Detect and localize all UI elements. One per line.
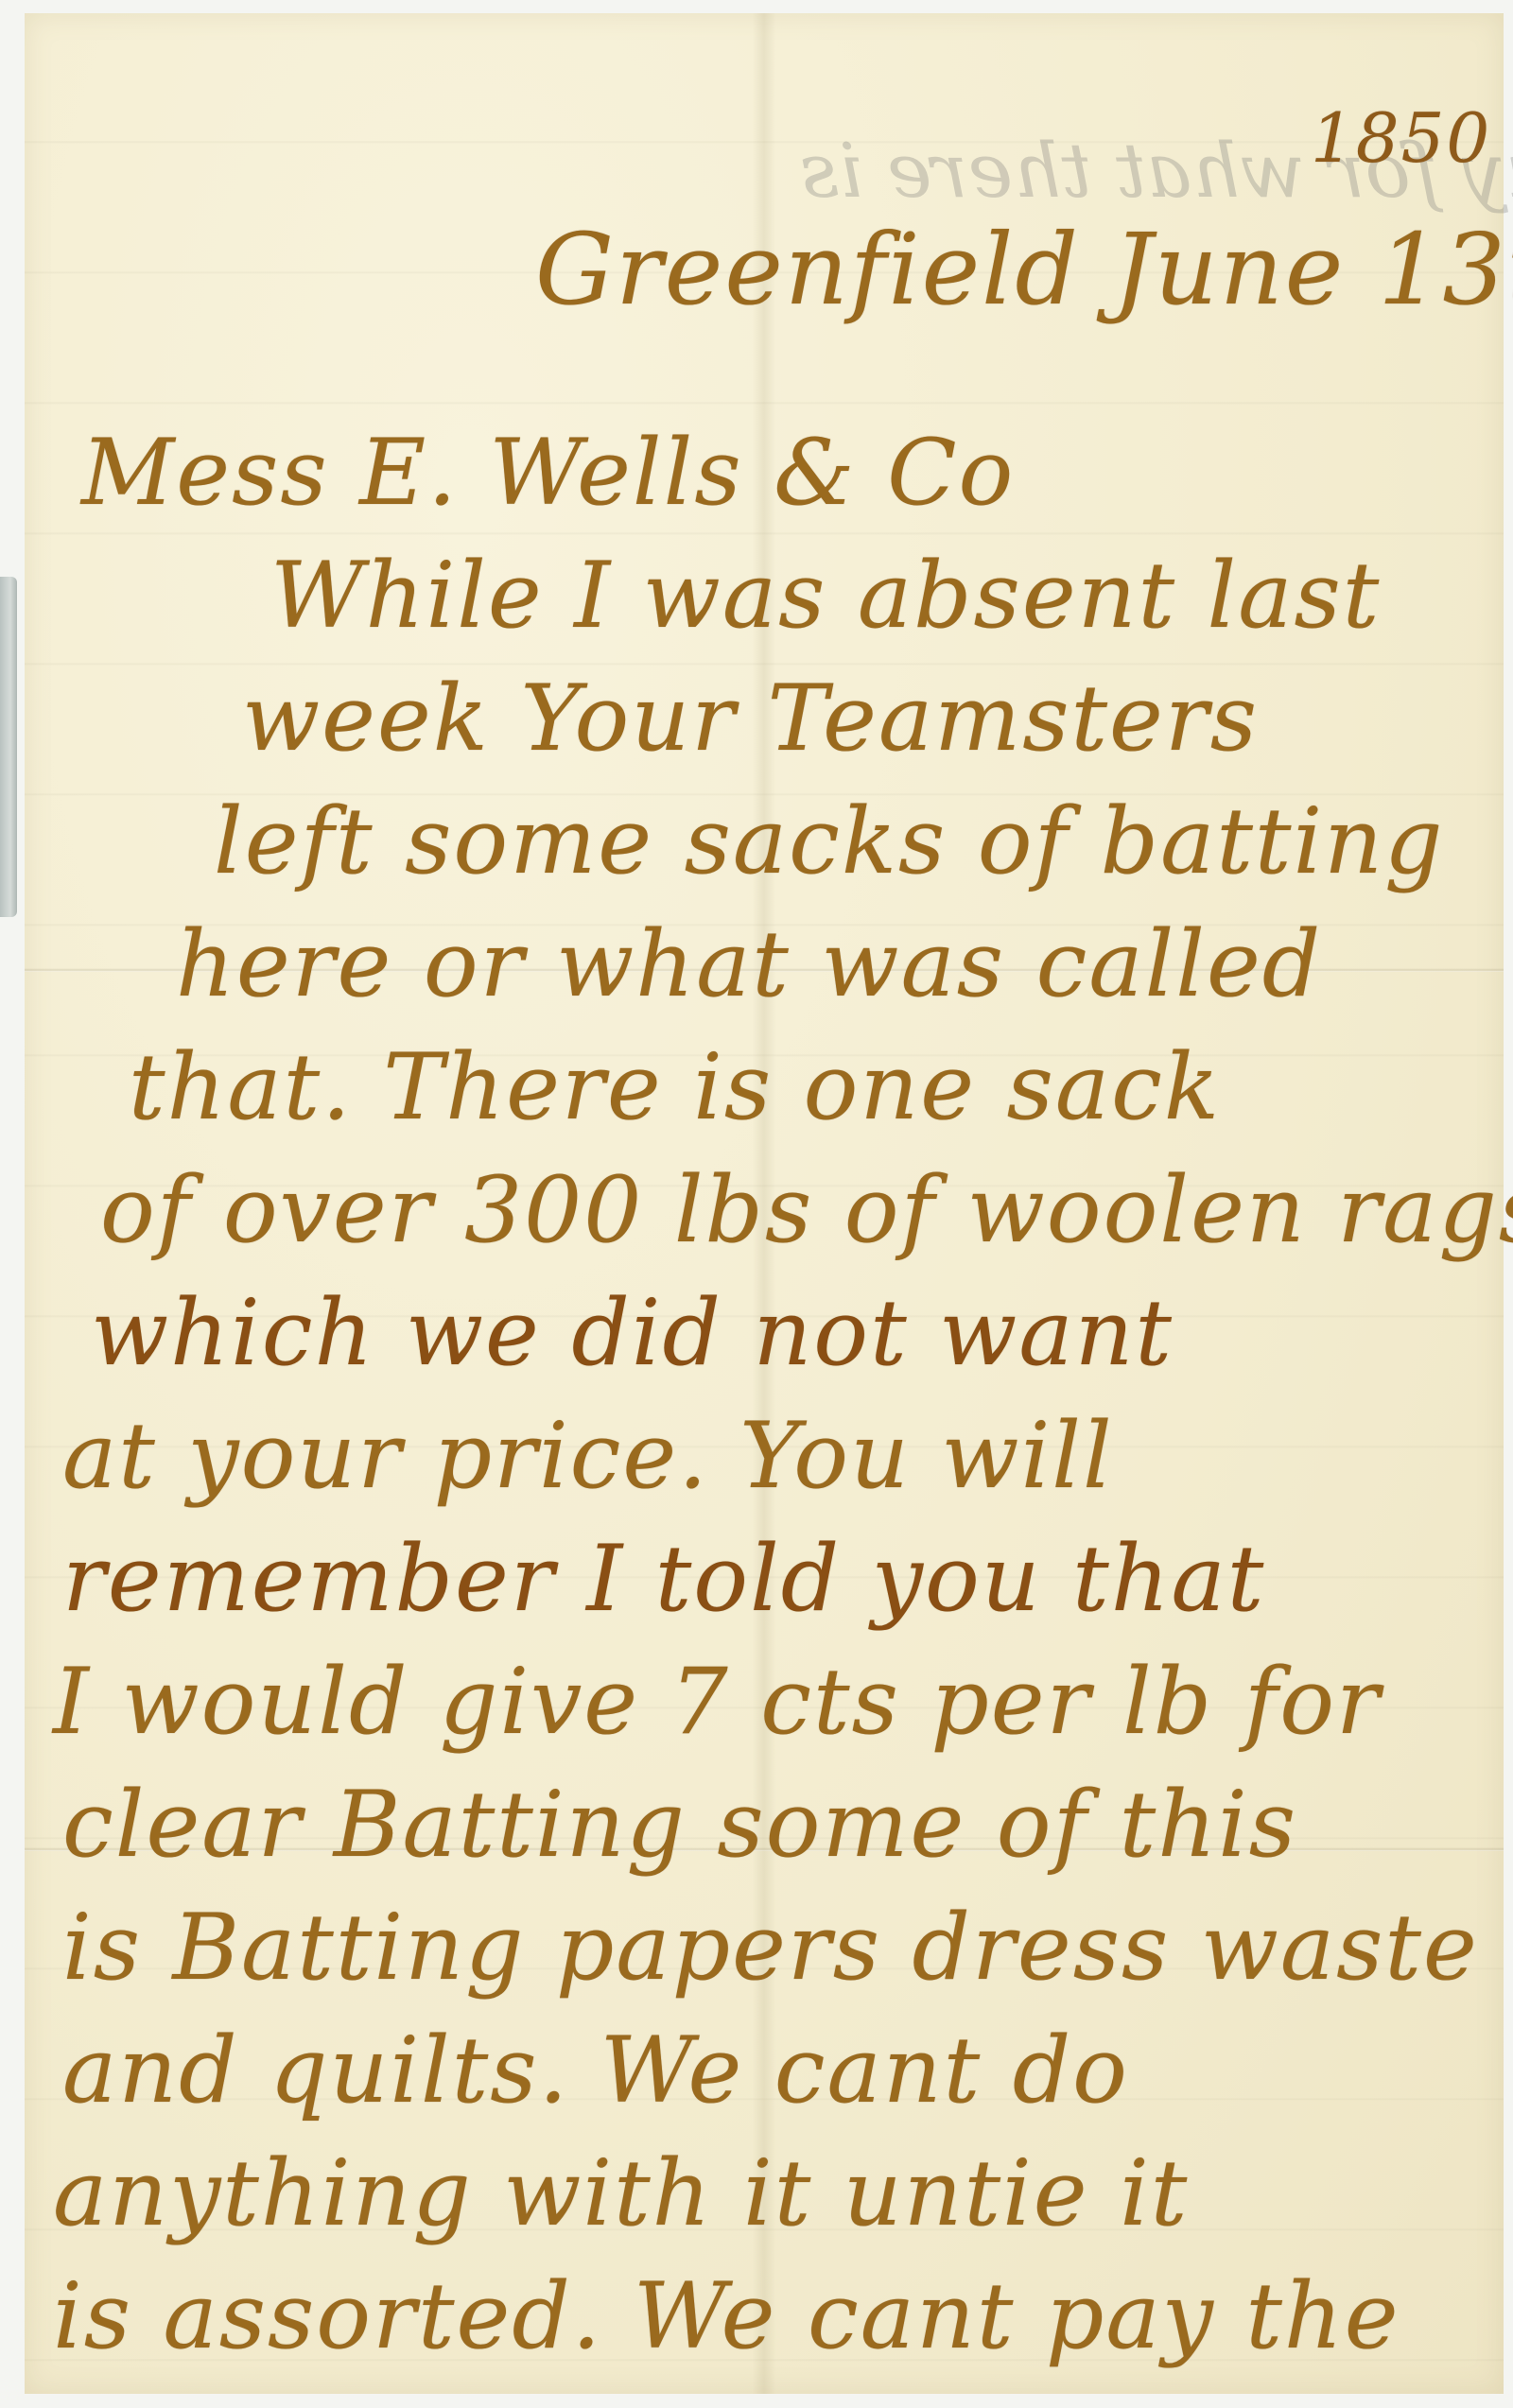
letter-line: at your price. You will — [62, 1403, 1114, 1509]
letter-page: be sure and pay for what there is 1850 G… — [25, 13, 1504, 2394]
letter-year: 1850 — [1311, 98, 1491, 178]
letter-line: remember I told you that — [62, 1526, 1265, 1632]
letter-place-date: Greenfield June 13th — [535, 212, 1513, 327]
letter-line: anything with it untie it — [53, 2140, 1189, 2246]
letter-line: is assorted. We cant pay the — [53, 2263, 1400, 2369]
letter-line: is Batting papers dress waste — [62, 1895, 1479, 2001]
letter-line: and quilts. We cant do — [62, 2018, 1129, 2123]
letter-line: here or what was called — [176, 911, 1322, 1017]
letter-line: which we did not want — [91, 1280, 1174, 1386]
letter-line: While I was absent last — [270, 543, 1381, 649]
letter-salutation: Mess E. Wells & Co — [81, 420, 1015, 526]
scan-mount-tab — [0, 577, 17, 917]
letter-line: week Your Teamsters — [242, 666, 1259, 771]
letter-line: of over 300 lbs of woolen rags — [100, 1157, 1513, 1263]
letter-line: I would give 7 cts per lb for — [53, 1649, 1382, 1755]
letter-line: that. There is one sack — [129, 1034, 1221, 1140]
letter-line: left some sacks of batting — [214, 788, 1444, 894]
letter-line: clear Batting some of this — [62, 1772, 1297, 1878]
